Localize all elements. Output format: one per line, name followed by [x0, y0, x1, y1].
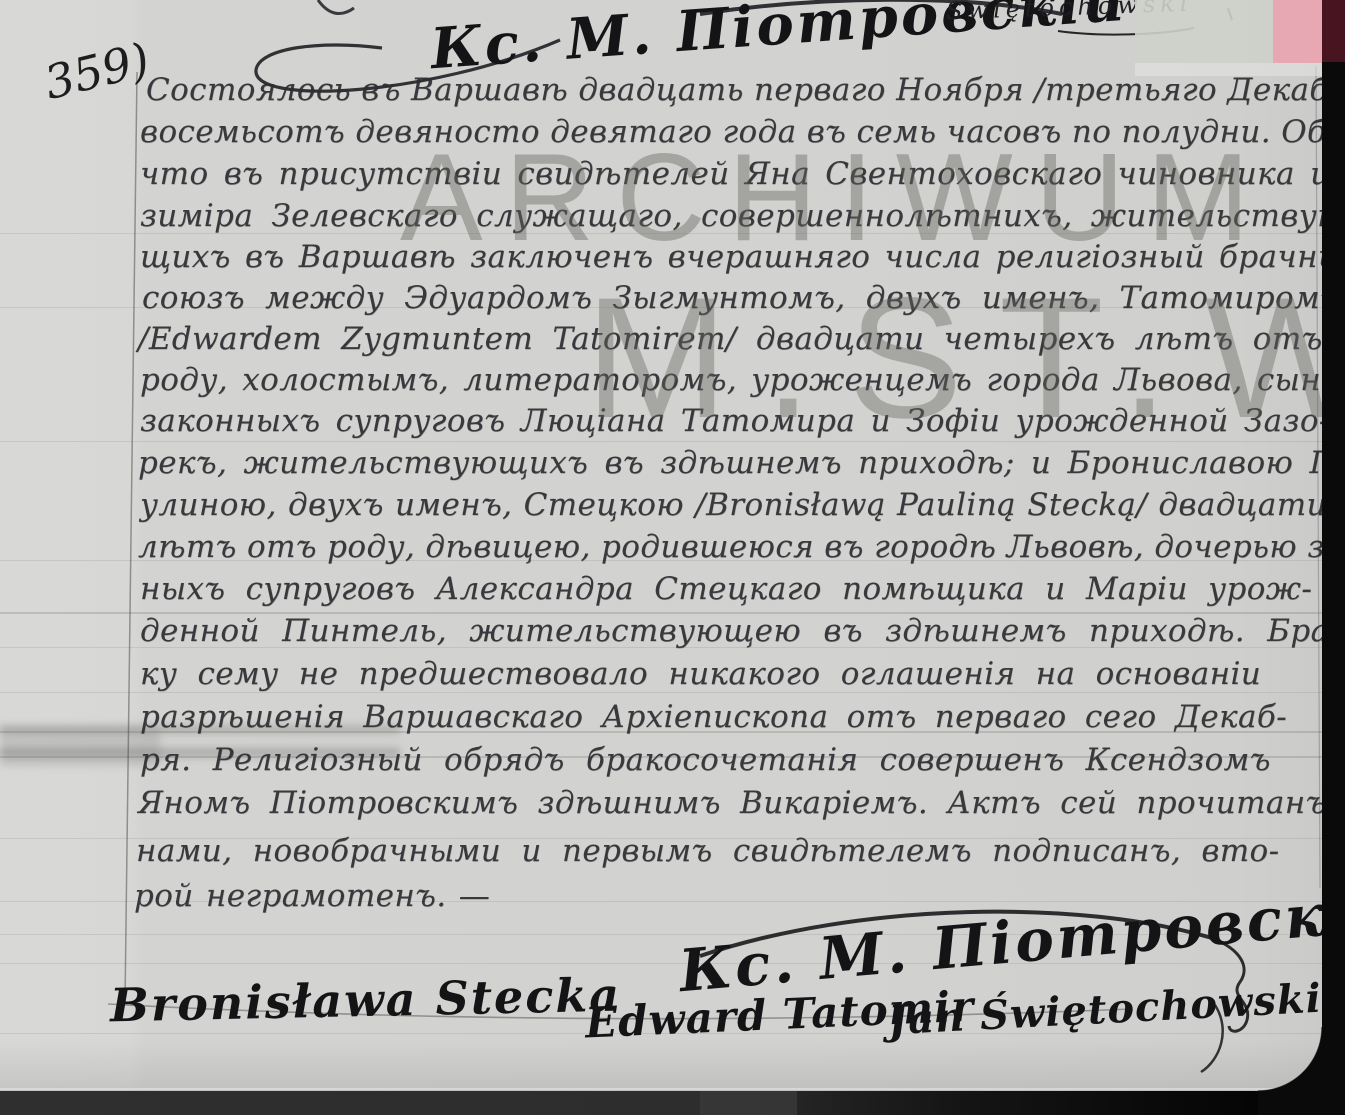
act-line: законныхъ супруговъ Люціана Татомира и З… — [140, 403, 1330, 439]
scanner-background-notch — [700, 1091, 797, 1115]
ruled-line — [0, 692, 1322, 693]
act-line: щихъ въ Варшавѣ заключенъ вчерашняго чис… — [140, 239, 1345, 275]
calibration-tab-pink — [1273, 0, 1322, 63]
act-line: ря. Религіозный обрядъ бракосочетанія со… — [140, 742, 1271, 778]
act-line: рекъ, жительствующихъ въ здѣшнемъ приход… — [138, 445, 1345, 481]
act-line: восемьсотъ девяносто девятаго года въ се… — [140, 114, 1345, 150]
bride-signature: Bronisława Stecka — [109, 968, 621, 1033]
act-line: Состоялось въ Варшавѣ двадцать перваго Н… — [146, 72, 1345, 108]
act-line: нами, новобрачными и первымъ свидѣтелемъ… — [136, 833, 1280, 869]
calibration-strip — [1135, 63, 1322, 76]
act-line: ку сему не предшествовало никакого оглаш… — [140, 656, 1261, 692]
calibration-tab-sage — [1135, 0, 1273, 63]
act-line: что въ присутствіи свидѣтелей Яна Свенто… — [140, 156, 1345, 192]
scanner-background-bottom — [0, 1091, 1345, 1115]
act-line: союзъ между Эдуардомъ Зыгмунтомъ, двухъ … — [142, 280, 1341, 316]
act-line: рой неграмотенъ. — — [134, 878, 490, 914]
scanned-register-page: 359) Кс. М. Піотровскій Świętochowski Со… — [0, 0, 1345, 1115]
page-edge-highlight — [0, 1088, 1280, 1090]
act-line: зиміра Зелевскаго служащаго, совершеннол… — [140, 198, 1345, 234]
act-line: улиною, двухъ именъ, Стецкою /Bronisławą… — [140, 487, 1345, 523]
calibration-tab-maroon — [1322, 0, 1345, 63]
act-line: разрѣшенія Варшавскаго Архіепископа отъ … — [140, 699, 1287, 735]
act-line: Яномъ Піотровскимъ здѣшнимъ Викаріемъ. А… — [138, 785, 1327, 821]
ink-smudge — [0, 728, 160, 766]
ruled-line — [0, 441, 1322, 442]
act-line: лѣтъ отъ роду, дѣвицею, родившеюся въ го… — [138, 529, 1345, 565]
act-line: ныхъ супруговъ Александра Стецкаго помѣщ… — [140, 571, 1312, 607]
act-line: денной Пинтель, жительствующею въ здѣшне… — [140, 613, 1340, 649]
paper-shadow — [0, 1040, 1345, 1091]
scanner-background-right — [1322, 62, 1345, 1115]
page-rounded-corner — [1258, 1027, 1345, 1115]
act-line: /Edwardem Zygmuntem Tatomirem/ двадцати … — [138, 321, 1323, 357]
act-line: роду, холостымъ, литераторомъ, уроженцем… — [140, 362, 1345, 398]
